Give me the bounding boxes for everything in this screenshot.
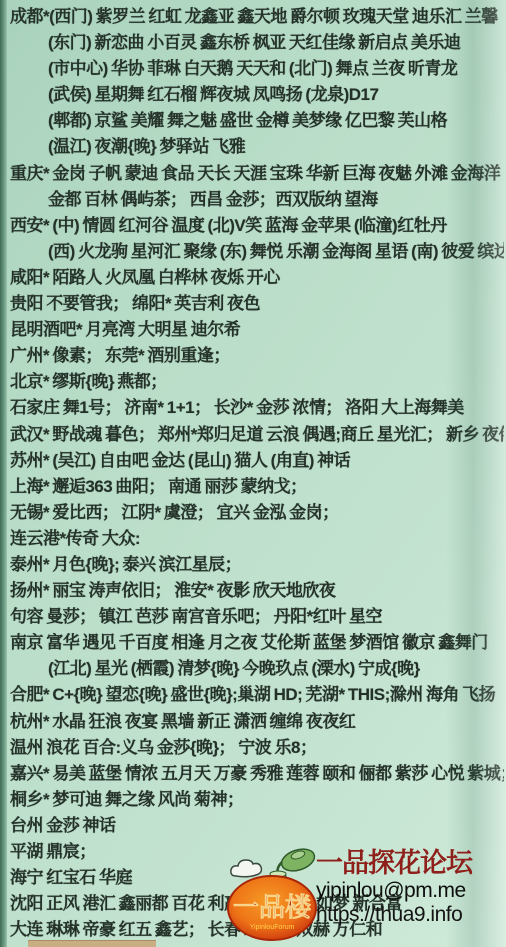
directory-line: (郫都) 京鲨 美耀 舞之魅 盛世 金樽 美梦缘 亿巴黎 芙山格 <box>10 108 504 134</box>
directory-line: 合肥* C+{晚} 望恋{晚} 盛世{晚};巢湖 HD; 芜湖* THIS;滁州… <box>10 682 504 708</box>
directory-line: 贵阳 不要管我； 绵阳* 英吉利 夜色 <box>10 291 504 317</box>
directory-line: 桐乡* 梦可迪 舞之缘 风尚 菊神； <box>10 787 504 813</box>
screenshot-root: { "page": { "background_color": "#b9ddc8… <box>0 0 506 947</box>
nightlife-directory: 成都*(西门) 紫罗兰 红虹 龙鑫亚 鑫天地 爵尔顿 玫瑰天堂 迪乐汇 兰馨(东… <box>10 4 504 943</box>
directory-line: 成都*(西门) 紫罗兰 红虹 龙鑫亚 鑫天地 爵尔顿 玫瑰天堂 迪乐汇 兰馨 <box>10 4 504 30</box>
directory-line: 南京 富华 遇见 千百度 相逢 月之夜 艾伦斯 蓝堡 梦酒馆 徽京 鑫舞门 <box>10 630 504 656</box>
directory-line: 重庆* 金岗 子帆 蒙迪 食品 天长 天涯 宝珠 华新 巨海 夜魅 外滩 金海洋 <box>10 161 504 187</box>
teapot-icon <box>278 846 318 875</box>
directory-line: 苏州* (吴江) 自由吧 金达 (昆山) 猫人 (甪直) 神话 <box>10 448 504 474</box>
bottom-tan-bar <box>28 940 156 947</box>
directory-line: 杭州* 水晶 狂浪 夜宴 黑墙 新正 潇洒 缠绵 夜夜红 <box>10 709 504 735</box>
forum-email: yipinlou@pm.me <box>316 880 506 902</box>
directory-line: (西) 火龙驹 星河汇 聚缘 (东) 舞悦 乐潮 金海阁 星语 (南) 彼爱 缤… <box>10 239 504 265</box>
directory-line: 金都 百林 偶屿茶； 西昌 金莎；西双版纳 望海 <box>10 187 504 213</box>
directory-line: 上海* 邂逅363 曲阳； 南通 丽莎 蒙纳戈； <box>10 474 504 500</box>
forum-url: https://thua9.info <box>316 904 506 926</box>
directory-lines: 成都*(西门) 紫罗兰 红虹 龙鑫亚 鑫天地 爵尔顿 玫瑰天堂 迪乐汇 兰馨(东… <box>10 4 504 943</box>
directory-line: 昆明酒吧* 月亮湾 大明星 迪尔希 <box>10 317 504 343</box>
directory-line: 无锡* 爱比西； 江阴* 虞澄； 宜兴 金泓 金岗； <box>10 500 504 526</box>
directory-line: 咸阳* 陌路人 火凤凰 白桦林 夜烁 开心 <box>10 265 504 291</box>
directory-line: 泰州* 月色{晚}; 泰兴 滨江星辰； <box>10 552 504 578</box>
logo-text: 一品楼 <box>233 892 312 922</box>
directory-line: 连云港*传奇 大众: <box>10 526 504 552</box>
directory-line: (市中心) 华协 菲琳 白天鹅 天天和 (北门) 舞点 兰夜 昕青龙 <box>10 56 504 82</box>
directory-line: 句容 曼莎； 镇江 芭莎 南宫音乐吧； 丹阳*红叶 星空 <box>10 604 504 630</box>
directory-line: 武汉* 野战魂 暮色； 郑州*郑归足道 云浪 偶遇;商丘 星光汇； 新乡 夜伴湾 <box>10 422 504 448</box>
forum-title: 一品探花论坛 <box>316 849 506 877</box>
directory-line: (武侯) 星期舞 红石榴 辉夜城 凤鸣扬 (龙泉)D17 <box>10 82 504 108</box>
directory-line: 台州 金莎 神话 <box>10 813 504 839</box>
directory-line: (江北) 星光 (栖霞) 清梦{晚} 今晚玖点 (溧水) 宁成{晚} <box>10 656 504 682</box>
logo-subtext: YipinlouForum <box>250 924 295 931</box>
directory-line: 广州* 像素； 东莞* 酒别重逢； <box>10 343 504 369</box>
watermark-text-block: 一品探花论坛 yipinlou@pm.me https://thua9.info <box>316 849 506 926</box>
directory-line: (东门) 新恋曲 小百灵 鑫东桥 枫亚 天红佳缘 新启点 美乐迪 <box>10 30 504 56</box>
yipinlou-logo: 一品楼 YipinlouForum <box>226 846 322 942</box>
left-edge-strip <box>0 0 7 947</box>
directory-line: (温江) 夜潮{晚} 梦驿站 飞雅 <box>10 134 504 160</box>
directory-line: 石家庄 舞1号； 济南* 1+1； 长沙* 金莎 浓情； 洛阳 大上海舞美 <box>10 395 504 421</box>
cloud-icon <box>231 860 262 877</box>
directory-line: 温州 浪花 百合:义乌 金莎{晚}； 宁波 乐8； <box>10 735 504 761</box>
directory-line: 扬州* 丽宝 涛声依旧； 淮安* 夜影 欣天地欣夜 <box>10 578 504 604</box>
directory-line: 嘉兴* 易美 蓝堡 情浓 五月天 万豪 秀雅 莲蓉 颐和 俪都 紫莎 心悦 紫城… <box>10 761 504 787</box>
directory-line: 北京* 缪斯{晚} 燕都； <box>10 369 504 395</box>
directory-line: 西安* (中) 情圆 红河谷 温度 (北)V笑 蓝海 金苹果 (临潼)红牡丹 <box>10 213 504 239</box>
